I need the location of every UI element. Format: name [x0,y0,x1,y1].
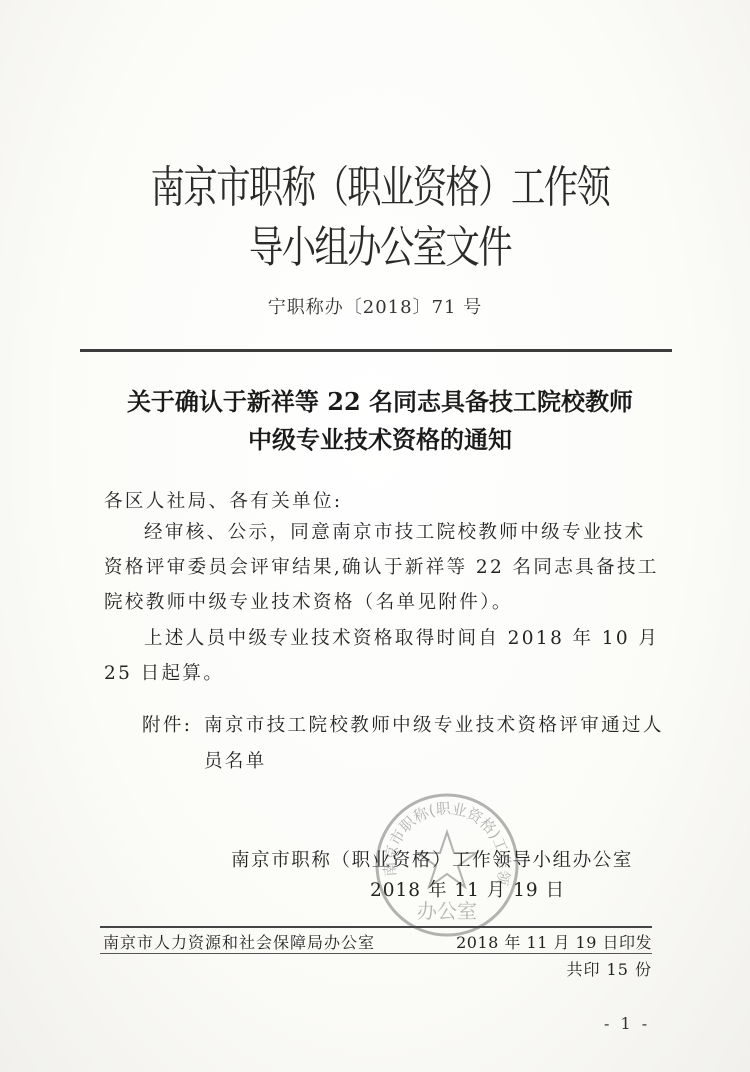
attachment-section: 附件:南京市技工院校教师中级专业技术资格评审通过人员名单 [142,708,682,780]
svg-text:南京市职称(职业资格)工作领导小组: 南京市职称(职业资格)工作领导小组 [372,790,513,888]
signing-office: 南京市职称（职业资格）工作领导小组办公室 [231,846,633,872]
header-divider [80,349,672,352]
document-header-title: 南京市职称（职业资格）工作领导小组办公室文件 [138,158,622,278]
document-number: 宁职称办〔2018〕71 号 [0,293,750,319]
footer-top-rule [100,926,652,928]
notice-title-line-2: 中级专业技术资格的通知 [90,421,670,459]
body-paragraph-1-text: 经审核、公示，同意南京市技工院校教师中级专业技术资格评审委员会评审结果,确认于新… [104,515,664,620]
footer-issue-date: 2018 年 11 月 19 日印发 [456,930,652,953]
attachment-content: 南京市技工院校教师中级专业技术资格评审通过人员名单 [204,708,674,780]
body-paragraph-2-text: 上述人员中级专业技术资格取得时间自 2018 年 10 月 25 日起算。 [104,621,664,691]
svg-text:办公室: 办公室 [417,899,477,923]
footer-copies: 共印 15 份 [566,957,652,980]
notice-title: 关于确认于新祥等 22 名同志具备技工院校教师 中级专业技术资格的通知 [90,383,670,459]
body-paragraph-1: 经审核、公示，同意南京市技工院校教师中级专业技术资格评审委员会评审结果,确认于新… [104,515,664,620]
notice-title-line-1: 关于确认于新祥等 22 名同志具备技工院校教师 [90,383,670,421]
body-paragraph-2: 上述人员中级专业技术资格取得时间自 2018 年 10 月 25 日起算。 [104,621,664,691]
footer-issuer: 南京市人力资源和社会保障局办公室 [103,930,375,953]
attachment-label: 附件: [142,708,204,744]
signing-date: 2018 年 11 月 19 日 [370,876,565,902]
footer-bottom-rule [100,953,652,954]
addressee: 各区人社局、各有关单位: [104,487,343,513]
page-number: - 1 - [604,1014,650,1033]
